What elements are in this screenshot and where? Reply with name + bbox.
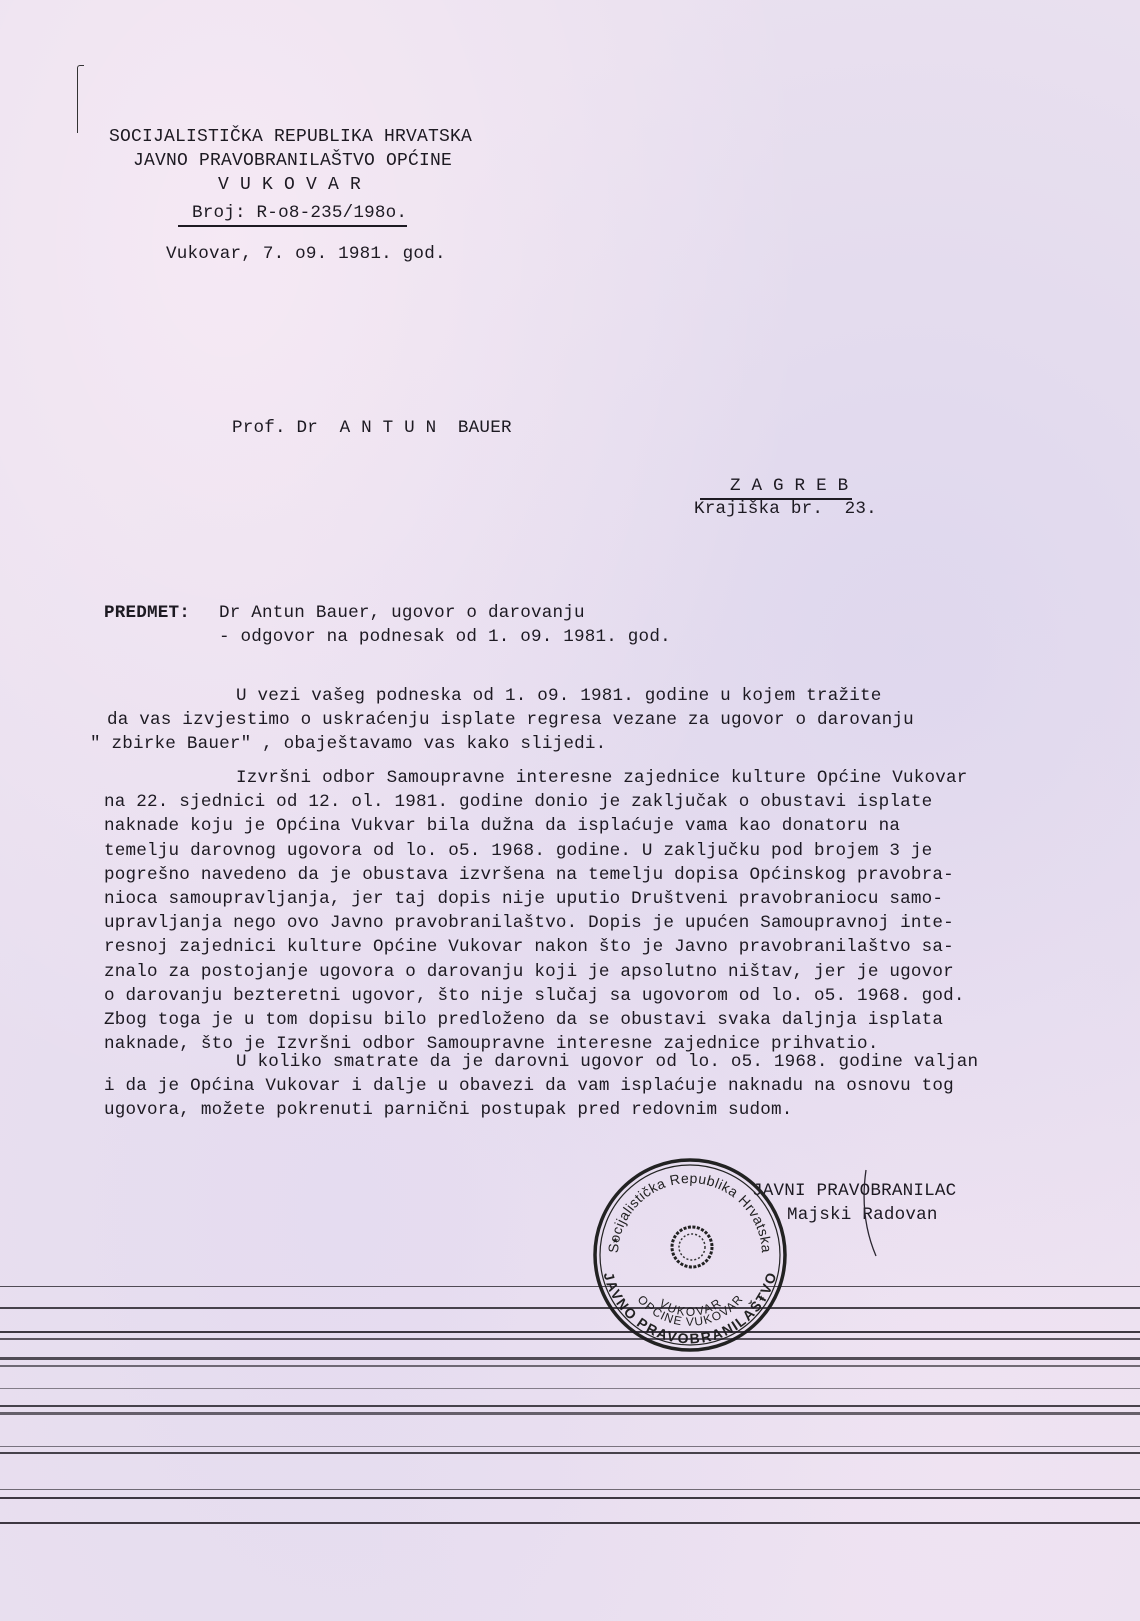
body-line: resnoj zajednici kulture Općine Vukovar … — [104, 939, 954, 957]
body-line: naknade koju je Općina Vukvar bila dužna… — [104, 818, 900, 836]
svg-text:★: ★ — [612, 1235, 619, 1247]
body-line: upravljanja nego ovo Javno pravobranilaš… — [104, 915, 954, 933]
photocopy-line — [0, 1412, 1140, 1415]
recipient-street: Krajiška br. 23. — [694, 501, 877, 519]
svg-text:★: ★ — [758, 1293, 765, 1305]
reference-number: Broj: R-o8-235/198o. — [178, 205, 407, 227]
letterhead-line-3: V U K O V A R — [218, 176, 361, 194]
recipient-name: Prof. Dr A N T U N BAUER — [232, 420, 512, 438]
photocopy-line — [0, 1331, 1140, 1333]
handwritten-signature-icon — [860, 1168, 880, 1258]
photocopy-line — [0, 1307, 1140, 1309]
body-line: Izvršni odbor Samoupravne interesne zaje… — [236, 770, 968, 788]
photocopy-line — [0, 1388, 1140, 1389]
body-line: o darovanju bezteretni ugovor, što nije … — [104, 988, 965, 1006]
photocopy-line — [0, 1405, 1140, 1407]
photocopy-line — [0, 1365, 1140, 1367]
body-line: U vezi vašeg podneska od 1. o9. 1981. go… — [236, 688, 881, 706]
subject-line-2: - odgovor na podnesak od 1. o9. 1981. go… — [219, 629, 671, 647]
body-line: Zbog toga je u tom dopisu bilo predložen… — [104, 1012, 943, 1030]
recipient-city: Z A G R E B — [700, 478, 852, 500]
photocopy-line — [0, 1446, 1140, 1447]
photocopy-line — [0, 1497, 1140, 1499]
body-line: pogrešno navedeno da je obustava izvršen… — [104, 867, 954, 885]
photocopy-line — [0, 1489, 1140, 1490]
letterhead-line-1: SOCIJALISTIČKA REPUBLIKA HRVATSKA — [109, 128, 472, 146]
photocopy-line — [0, 1357, 1140, 1360]
body-line: ugovora, možete pokrenuti parnični postu… — [104, 1102, 793, 1120]
body-line: temelju darovnog ugovora od lo. o5. 1968… — [104, 843, 932, 861]
body-line: i da je Općina Vukovar i dalje u obavezi… — [104, 1078, 954, 1096]
place-date: Vukovar, 7. o9. 1981. god. — [166, 246, 446, 264]
body-line: " zbirke Bauer" , obaještavamo vas kako … — [90, 736, 606, 754]
photocopy-line — [0, 1452, 1140, 1454]
official-stamp-icon: Socijalistička Republika Hrvatska JAVNO … — [590, 1155, 790, 1355]
body-line: na 22. sjednici od 12. ol. 1981. godine … — [104, 794, 932, 812]
body-line: nioca samoupravljanja, jer taj dopis nij… — [104, 891, 943, 909]
photocopy-line — [0, 1286, 1140, 1287]
body-line: U koliko smatrate da je darovni ugovor o… — [236, 1054, 978, 1072]
body-line: da vas izvjestimo o uskraćenju isplate r… — [107, 712, 914, 730]
letterhead-line-2: JAVNO PRAVOBRANILAŠTVO OPĆINE — [133, 152, 452, 170]
photocopy-line — [0, 1338, 1140, 1340]
margin-bracket-mark — [77, 65, 84, 133]
subject-line-1: Dr Antun Bauer, ugovor o darovanju — [219, 605, 585, 623]
subject-label: PREDMET: — [104, 605, 190, 623]
body-line: znalo za postojanje ugovora o darovanju … — [104, 964, 954, 982]
photocopy-line — [0, 1522, 1140, 1524]
